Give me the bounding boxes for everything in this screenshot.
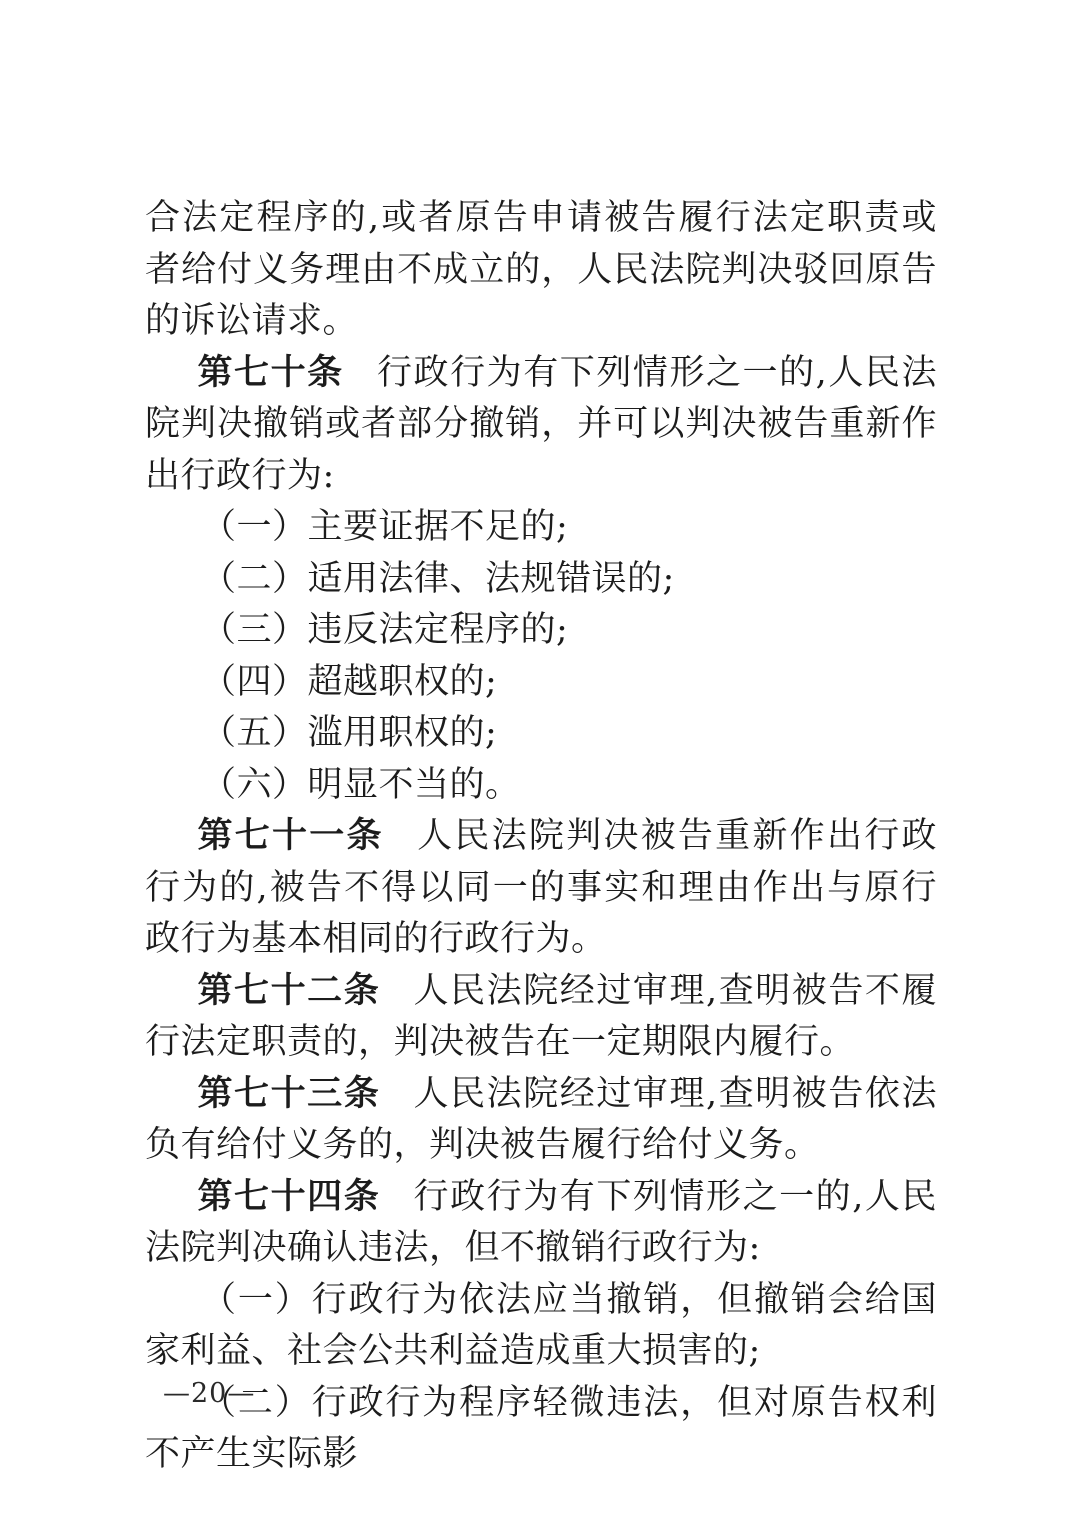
article-72-label: 第七十二条 <box>198 971 381 1011</box>
article-70-paragraph: 第七十条行政行为有下列情形之一的,人民法院判决撤销或者部分撤销，并可以判决被告重… <box>145 348 937 503</box>
article-70-item-2: （二）适用法律、法规错误的; <box>145 554 937 606</box>
paragraph-text: （二）适用法律、法规错误的; <box>201 559 675 599</box>
article-70-item-4: （四）超越职权的; <box>145 657 937 709</box>
article-72-paragraph: 第七十二条人民法院经过审理,查明被告不履行法定职责的，判决被告在一定期限内履行。 <box>145 966 937 1069</box>
article-73-label: 第七十三条 <box>198 1074 381 1114</box>
page-number: —20— <box>163 1378 255 1409</box>
article-74-item-2: （二）行政行为程序轻微违法，但对原告权利不产生实际影 <box>145 1378 937 1481</box>
article-70-item-6: （六）明显不当的。 <box>145 760 937 812</box>
paragraph-text: （一）行政行为依法应当撤销，但撤销会给国家利益、社会公共利益造成重大损害的; <box>145 1280 937 1372</box>
article-70-item-1: （一）主要证据不足的; <box>145 502 937 554</box>
document-text-block: 合法定程序的,或者原告申请被告履行法定职责或者给付义务理由不成立的，人民法院判决… <box>145 193 937 1481</box>
article-70-item-5: （五）滥用职权的; <box>145 708 937 760</box>
article-73-paragraph: 第七十三条人民法院经过审理,查明被告依法负有给付义务的，判决被告履行给付义务。 <box>145 1069 937 1172</box>
paragraph-text: 合法定程序的,或者原告申请被告履行法定职责或者给付义务理由不成立的，人民法院判决… <box>145 198 937 341</box>
paragraph-continuation: 合法定程序的,或者原告申请被告履行法定职责或者给付义务理由不成立的，人民法院判决… <box>145 193 937 348</box>
article-71-label: 第七十一条 <box>198 816 384 856</box>
paragraph-text: （一）主要证据不足的; <box>201 507 568 547</box>
paragraph-text: （二）行政行为程序轻微违法，但对原告权利不产生实际影 <box>145 1383 937 1475</box>
article-74-label: 第七十四条 <box>198 1177 381 1217</box>
paragraph-text: （三）违反法定程序的; <box>201 610 568 650</box>
paragraph-text: （五）滥用职权的; <box>201 713 497 753</box>
document-page: 合法定程序的,或者原告申请被告履行法定职责或者给付义务理由不成立的，人民法院判决… <box>0 0 1069 1515</box>
article-74-item-1: （一）行政行为依法应当撤销，但撤销会给国家利益、社会公共利益造成重大损害的; <box>145 1275 937 1378</box>
article-70-label: 第七十条 <box>198 353 344 393</box>
paragraph-text: （六）明显不当的。 <box>201 765 521 805</box>
article-71-paragraph: 第七十一条人民法院判决被告重新作出行政行为的,被告不得以同一的事实和理由作出与原… <box>145 811 937 966</box>
article-70-item-3: （三）违反法定程序的; <box>145 605 937 657</box>
paragraph-text: （四）超越职权的; <box>201 662 497 702</box>
article-74-paragraph: 第七十四条行政行为有下列情形之一的,人民法院判决确认违法，但不撤销行政行为: <box>145 1172 937 1275</box>
